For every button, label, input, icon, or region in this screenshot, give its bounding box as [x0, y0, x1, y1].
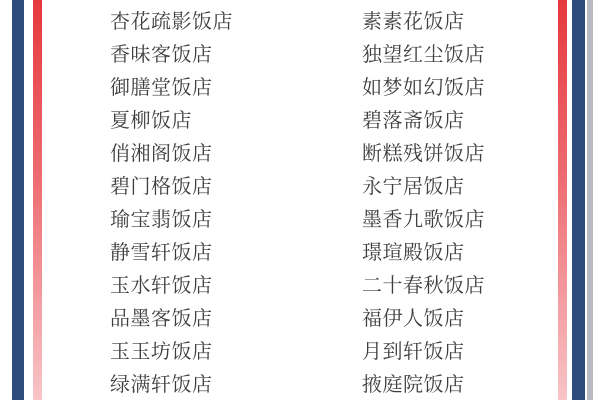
restaurant-name: 福伊人饭店	[362, 309, 485, 329]
restaurant-name: 月到轩饭店	[362, 342, 485, 362]
restaurant-name: 独望红尘饭店	[362, 45, 485, 65]
right-red-stripe	[558, 0, 567, 400]
left-red-stripe	[33, 0, 42, 400]
left-blue-stripe	[12, 0, 24, 400]
restaurant-name: 永宁居饭店	[362, 177, 485, 197]
restaurant-name: 品墨客饭店	[110, 309, 233, 329]
restaurant-name: 断糕残饼饭店	[362, 144, 485, 164]
restaurant-name: 玉玉坊饭店	[110, 342, 233, 362]
restaurant-name: 杏花疏影饭店	[110, 12, 233, 32]
restaurant-name: 如梦如幻饭店	[362, 78, 485, 98]
restaurant-list-left-column: 杏花疏影饭店 香味客饭店 御膳堂饭店 夏柳饭店 俏湘阁饭店 碧门格饭店 瑜宝翡饭…	[110, 12, 233, 395]
restaurant-name: 香味客饭店	[110, 45, 233, 65]
restaurant-name: 掖庭院饭店	[362, 375, 485, 395]
restaurant-name: 碧门格饭店	[110, 177, 233, 197]
right-blue-stripe	[572, 0, 585, 400]
restaurant-name: 碧落斋饭店	[362, 111, 485, 131]
restaurant-name: 玉水轩饭店	[110, 276, 233, 296]
restaurant-name: 墨香九歌饭店	[362, 210, 485, 230]
restaurant-name: 瑜宝翡饭店	[110, 210, 233, 230]
restaurant-name: 素素花饭店	[362, 12, 485, 32]
restaurant-name: 夏柳饭店	[110, 111, 233, 131]
restaurant-name: 静雪轩饭店	[110, 243, 233, 263]
restaurant-name: 御膳堂饭店	[110, 78, 233, 98]
restaurant-name: 二十春秋饭店	[362, 276, 485, 296]
restaurant-name: 璟瑄殿饭店	[362, 243, 485, 263]
restaurant-name: 绿满轩饭店	[110, 375, 233, 395]
restaurant-name-list-page: 杏花疏影饭店 香味客饭店 御膳堂饭店 夏柳饭店 俏湘阁饭店 碧门格饭店 瑜宝翡饭…	[0, 0, 600, 400]
scrollbar[interactable]	[587, 0, 593, 400]
restaurant-name: 俏湘阁饭店	[110, 144, 233, 164]
restaurant-list-right-column: 素素花饭店 独望红尘饭店 如梦如幻饭店 碧落斋饭店 断糕残饼饭店 永宁居饭店 墨…	[362, 12, 485, 395]
